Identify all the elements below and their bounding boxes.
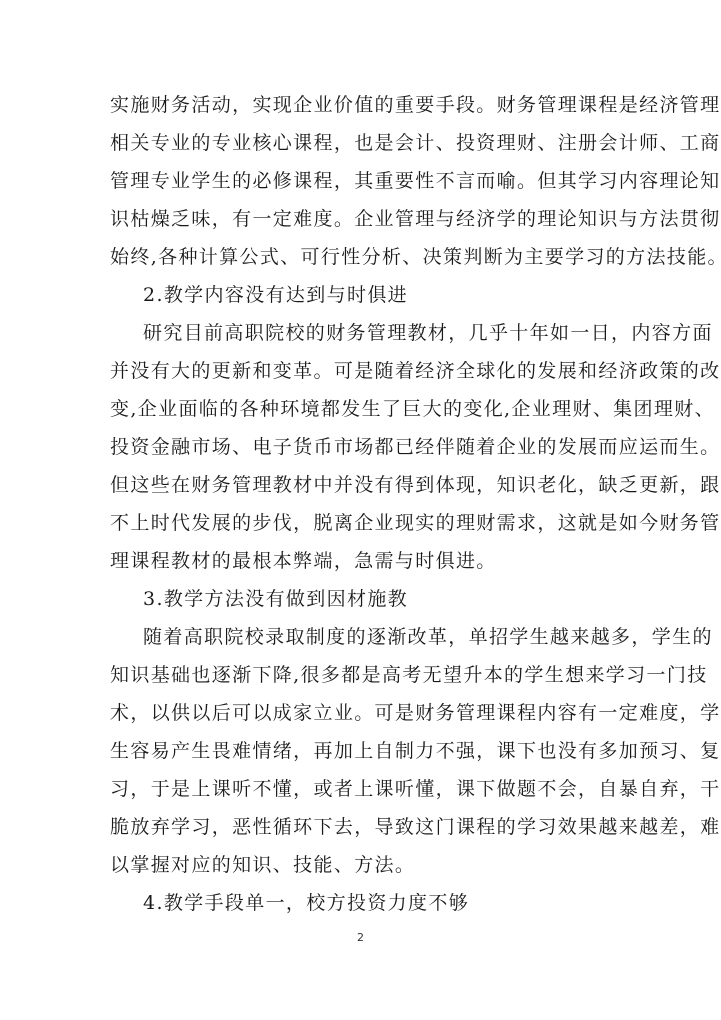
paragraph-line: 习，于是上课听不懂，或者上课听懂，课下做题不会，自暴自弃，干 bbox=[110, 770, 612, 808]
paragraph-line: 始终,各种计算公式、可行性分析、决策判断为主要学习的方法技能。 bbox=[110, 238, 612, 276]
paragraph-line: 管理专业学生的必修课程，其重要性不言而喻。但其学习内容理论知 bbox=[110, 162, 612, 200]
paragraph-line: 实施财务活动，实现企业价值的重要手段。财务管理课程是经济管理 bbox=[110, 86, 612, 124]
page-number: 2 bbox=[0, 931, 721, 944]
paragraph-line: 脆放弃学习，恶性循环下去，导致这门课程的学习效果越来越差，难 bbox=[110, 808, 612, 846]
document-page: 实施财务活动，实现企业价值的重要手段。财务管理课程是经济管理 相关专业的专业核心… bbox=[0, 0, 721, 1020]
section-heading: 2.教学内容没有达到与时俱进 bbox=[110, 276, 612, 314]
section-heading: 3.教学方法没有做到因材施教 bbox=[110, 580, 612, 618]
paragraph-line: 但这些在财务管理教材中并没有得到体现，知识老化，缺乏更新，跟 bbox=[110, 466, 612, 504]
paragraph-line: 投资金融市场、电子货币市场都已经伴随着企业的发展而应运而生。 bbox=[110, 428, 612, 466]
paragraph-line: 相关专业的专业核心课程，也是会计、投资理财、注册会计师、工商 bbox=[110, 124, 612, 162]
paragraph-line: 生容易产生畏难情绪，再加上自制力不强，课下也没有多加预习、复 bbox=[110, 732, 612, 770]
paragraph-line: 以掌握对应的知识、技能、方法。 bbox=[110, 846, 612, 884]
paragraph-line: 研究目前高职院校的财务管理教材，几乎十年如一日，内容方面 bbox=[110, 314, 612, 352]
paragraph-line: 知识基础也逐渐下降,很多都是高考无望升本的学生想来学习一门技 bbox=[110, 656, 612, 694]
paragraph-line: 理课程教材的最根本弊端，急需与时俱进。 bbox=[110, 542, 612, 580]
paragraph-line: 不上时代发展的步伐，脱离企业现实的理财需求，这就是如今财务管 bbox=[110, 504, 612, 542]
paragraph-line: 变,企业面临的各种环境都发生了巨大的变化,企业理财、集团理财、 bbox=[110, 390, 612, 428]
paragraph-line: 随着高职院校录取制度的逐渐改革，单招学生越来越多，学生的 bbox=[110, 618, 612, 656]
paragraph-line: 并没有大的更新和变革。可是随着经济全球化的发展和经济政策的改 bbox=[110, 352, 612, 390]
paragraph-line: 术，以供以后可以成家立业。可是财务管理课程内容有一定难度，学 bbox=[110, 694, 612, 732]
section-heading: 4.教学手段单一，校方投资力度不够 bbox=[110, 884, 612, 922]
paragraph-line: 识枯燥乏味，有一定难度。企业管理与经济学的理论知识与方法贯彻 bbox=[110, 200, 612, 238]
document-body: 实施财务活动，实现企业价值的重要手段。财务管理课程是经济管理 相关专业的专业核心… bbox=[110, 86, 612, 922]
